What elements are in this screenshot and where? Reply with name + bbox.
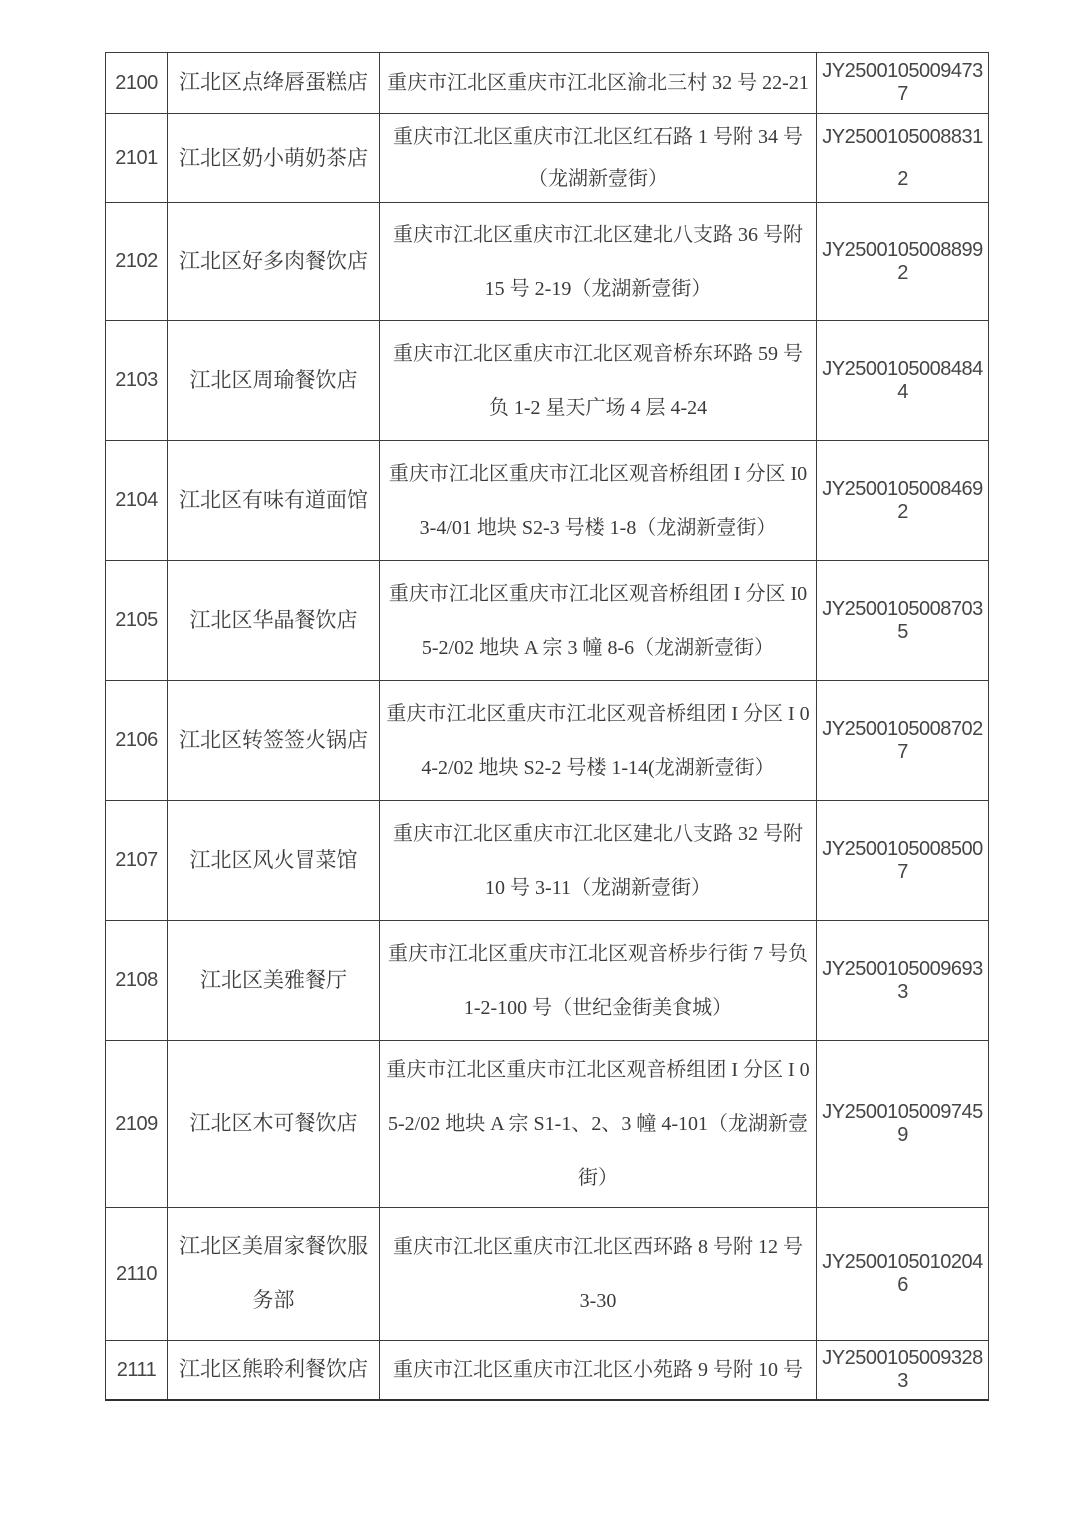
business-name-cell: 江北区熊聆利餐饮店 (168, 1341, 380, 1401)
address-cell: 重庆市江北区重庆市江北区观音桥组团 I 分区 I 05-2/02 地块 A 宗 … (380, 1041, 817, 1208)
row-id-cell: 2111 (106, 1341, 168, 1401)
address-cell: 重庆市江北区重庆市江北区建北八支路 36 号附 15 号 2-19（龙湖新壹街） (380, 203, 817, 321)
license-number-cell: JY25001050096933 (817, 921, 989, 1041)
table-row: 2109江北区木可餐饮店重庆市江北区重庆市江北区观音桥组团 I 分区 I 05-… (106, 1041, 989, 1208)
license-number-cell: JY25001050084844 (817, 321, 989, 441)
table-row: 2111江北区熊聆利餐饮店重庆市江北区重庆市江北区小苑路 9 号附 10 号JY… (106, 1341, 989, 1401)
address-cell: 重庆市江北区重庆市江北区渝北三村 32 号 22-21 (380, 53, 817, 114)
row-id-cell: 2104 (106, 441, 168, 561)
table-row: 2103江北区周瑜餐饮店重庆市江北区重庆市江北区观音桥东环路 59 号负 1-2… (106, 321, 989, 441)
address-cell: 重庆市江北区重庆市江北区观音桥步行街 7 号负 1-2-100 号（世纪金街美食… (380, 921, 817, 1041)
license-number-cell: JY25001050084692 (817, 441, 989, 561)
table-row: 2110江北区美眉家餐饮服务部重庆市江北区重庆市江北区西环路 8 号附 12 号… (106, 1208, 989, 1341)
business-name-cell: 江北区奶小萌奶茶店 (168, 114, 380, 203)
table-row: 2108江北区美雅餐厅重庆市江北区重庆市江北区观音桥步行街 7 号负 1-2-1… (106, 921, 989, 1041)
table-row: 2107江北区风火冒菜馆重庆市江北区重庆市江北区建北八支路 32 号附 10 号… (106, 801, 989, 921)
address-cell: 重庆市江北区重庆市江北区西环路 8 号附 12 号 3-30 (380, 1208, 817, 1341)
business-license-table: 2100江北区点绛唇蛋糕店重庆市江北区重庆市江北区渝北三村 32 号 22-21… (105, 52, 989, 1401)
license-number-cell: JY25001050094737 (817, 53, 989, 114)
address-cell: 重庆市江北区重庆市江北区建北八支路 32 号附 10 号 3-11（龙湖新壹街） (380, 801, 817, 921)
business-name-cell: 江北区华晶餐饮店 (168, 561, 380, 681)
row-id-cell: 2107 (106, 801, 168, 921)
row-id-cell: 2101 (106, 114, 168, 203)
address-cell: 重庆市江北区重庆市江北区红石路 1 号附 34 号（龙湖新壹街） (380, 114, 817, 203)
business-name-cell: 江北区有味有道面馆 (168, 441, 380, 561)
license-number-cell: JY25001050087035 (817, 561, 989, 681)
license-number-cell: JY25001050093283 (817, 1341, 989, 1401)
business-name-cell: 江北区点绛唇蛋糕店 (168, 53, 380, 114)
business-name-cell: 江北区木可餐饮店 (168, 1041, 380, 1208)
license-number-cell: JY25001050088992 (817, 203, 989, 321)
table-row: 2100江北区点绛唇蛋糕店重庆市江北区重庆市江北区渝北三村 32 号 22-21… (106, 53, 989, 114)
row-id-cell: 2103 (106, 321, 168, 441)
business-name-cell: 江北区周瑜餐饮店 (168, 321, 380, 441)
row-id-cell: 2106 (106, 681, 168, 801)
table-row: 2104江北区有味有道面馆重庆市江北区重庆市江北区观音桥组团 I 分区 I03-… (106, 441, 989, 561)
business-name-cell: 江北区美眉家餐饮服务部 (168, 1208, 380, 1341)
table-body: 2100江北区点绛唇蛋糕店重庆市江北区重庆市江北区渝北三村 32 号 22-21… (106, 53, 989, 1401)
address-cell: 重庆市江北区重庆市江北区观音桥组团 I 分区 I03-4/01 地块 S2-3 … (380, 441, 817, 561)
table-row: 2106江北区转签签火锅店重庆市江北区重庆市江北区观音桥组团 I 分区 I 04… (106, 681, 989, 801)
document-page: 2100江北区点绛唇蛋糕店重庆市江北区重庆市江北区渝北三村 32 号 22-21… (0, 0, 1074, 1520)
row-id-cell: 2108 (106, 921, 168, 1041)
license-number-cell: JY25001050097459 (817, 1041, 989, 1208)
row-id-cell: 2105 (106, 561, 168, 681)
license-number-cell: JY25001050085007 (817, 801, 989, 921)
row-id-cell: 2110 (106, 1208, 168, 1341)
table-row: 2105江北区华晶餐饮店重庆市江北区重庆市江北区观音桥组团 I 分区 I05-2… (106, 561, 989, 681)
row-id-cell: 2100 (106, 53, 168, 114)
table-row: 2102江北区好多肉餐饮店重庆市江北区重庆市江北区建北八支路 36 号附 15 … (106, 203, 989, 321)
address-cell: 重庆市江北区重庆市江北区观音桥组团 I 分区 I05-2/02 地块 A 宗 3… (380, 561, 817, 681)
business-name-cell: 江北区美雅餐厅 (168, 921, 380, 1041)
license-number-cell: JY25001050087027 (817, 681, 989, 801)
license-number-cell: JY25001050088312 (817, 114, 989, 203)
business-name-cell: 江北区转签签火锅店 (168, 681, 380, 801)
table-row: 2101江北区奶小萌奶茶店重庆市江北区重庆市江北区红石路 1 号附 34 号（龙… (106, 114, 989, 203)
business-name-cell: 江北区风火冒菜馆 (168, 801, 380, 921)
address-cell: 重庆市江北区重庆市江北区观音桥组团 I 分区 I 04-2/02 地块 S2-2… (380, 681, 817, 801)
address-cell: 重庆市江北区重庆市江北区小苑路 9 号附 10 号 (380, 1341, 817, 1401)
business-name-cell: 江北区好多肉餐饮店 (168, 203, 380, 321)
license-number-cell: JY25001050102046 (817, 1208, 989, 1341)
address-cell: 重庆市江北区重庆市江北区观音桥东环路 59 号负 1-2 星天广场 4 层 4-… (380, 321, 817, 441)
row-id-cell: 2102 (106, 203, 168, 321)
row-id-cell: 2109 (106, 1041, 168, 1208)
